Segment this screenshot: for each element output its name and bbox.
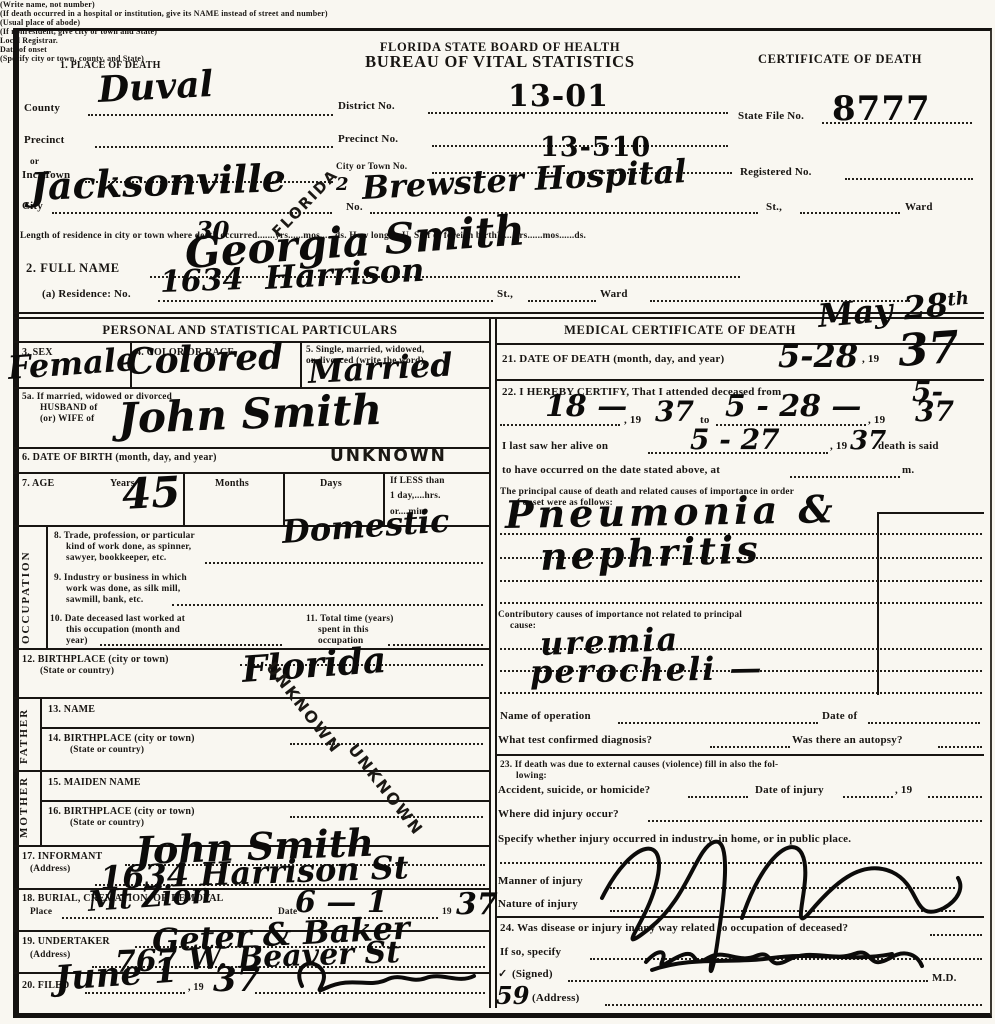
operation-label: Name of operation — [500, 710, 591, 723]
personal-section-title: PERSONAL AND STATISTICAL PARTICULARS — [14, 323, 486, 337]
father-birthplace-sub: (State or country) — [70, 745, 144, 756]
occ8-line1: 8. Trade, profession, or particular — [54, 531, 195, 542]
test-label: What test confirmed diagnosis? — [498, 734, 652, 747]
address-no-handwriting: 59 — [496, 984, 529, 1008]
age-less-2: 1 day,....hrs. — [390, 491, 441, 502]
rule — [497, 379, 984, 381]
injury-year-prefix: , 19 — [895, 784, 912, 797]
dod-year-handwriting: 37 — [896, 326, 960, 374]
certify-year-prefix-b: , 19 — [868, 414, 885, 427]
informant-address-label: (Address) — [30, 864, 70, 875]
signed-label: (Signed) — [512, 968, 553, 981]
father-vertical-label: FATHER — [18, 706, 30, 764]
filed-year-prefix: , 19 — [188, 982, 204, 994]
cell-divider — [300, 341, 302, 387]
certify-year-a-handwriting: 37 — [655, 398, 694, 426]
rule — [14, 472, 489, 474]
precinct-hint: (Write name, not number) — [0, 0, 995, 9]
occ11-line — [388, 644, 483, 646]
filed-date-handwriting: June 1 — [54, 953, 179, 995]
occurred-m-label: m. — [902, 464, 914, 477]
city-handwriting: Jacksonville — [29, 159, 286, 206]
filed-year-handwriting: 37 — [213, 963, 260, 997]
contributory-label-1: Contributory causes of importance not re… — [498, 610, 742, 621]
nature-label: Nature of injury — [498, 898, 578, 911]
lastsaw-tail: death is said — [878, 440, 939, 453]
certify-to-handwriting: 5 - 28 — — [725, 392, 861, 422]
ifso-label: If so, specify — [500, 946, 561, 959]
accident-line — [688, 796, 748, 798]
date-of-death-label: 21. DATE OF DEATH (month, day, and year) — [502, 353, 724, 366]
death-certificate-scan: FLORIDA STATE BOARD OF HEALTH BUREAU OF … — [0, 0, 995, 1024]
occ8-line — [205, 562, 483, 564]
residence-line — [158, 300, 493, 302]
color-handwriting: Colored — [125, 339, 284, 380]
occ8-line2: kind of work done, as spinner, — [66, 542, 191, 553]
occ9-line1: 9. Industry or business in which — [54, 573, 187, 584]
onset-box-top — [877, 512, 984, 514]
occ11-line2: spent in this — [318, 625, 369, 636]
lastsaw-year-handwriting: 37 — [850, 428, 886, 454]
manner-label: Manner of injury — [498, 875, 583, 888]
signed-check-mark: ✓ — [498, 968, 507, 981]
marital-handwriting: Married — [307, 348, 453, 388]
spouse-handwriting: John Smith — [117, 389, 383, 440]
full-name-label: 2. FULL NAME — [26, 261, 120, 275]
occurred-line — [790, 476, 900, 478]
accident-label: Accident, suicide, or homicide? — [498, 784, 650, 797]
residence-label: (a) Residence: No. — [42, 288, 131, 301]
ward-line — [800, 212, 900, 214]
mother-birthplace-label: 16. BIRTHPLACE (city or town) — [48, 806, 195, 818]
mother-name-label: 15. MAIDEN NAME — [48, 777, 141, 789]
hospital-no-label: No. — [346, 201, 363, 214]
dod-year-prefix: , 19 — [862, 353, 879, 366]
external-label-2: lowing: — [516, 771, 547, 782]
certify-year-b-handwriting: 37 — [915, 398, 954, 426]
state-file-value: 8777 — [832, 92, 931, 126]
sex-handwriting: Female — [7, 343, 137, 384]
occ9-line3: sawmill, bank, etc. — [66, 595, 143, 606]
hospital-hint: (If death occurred in a hospital or inst… — [0, 9, 995, 18]
lastsaw-handwriting: 5 - 27 — [690, 426, 780, 454]
residence-street-handwriting: Harrison — [264, 254, 425, 294]
burial-year-handwriting: 37 — [456, 890, 498, 920]
registrar-signature — [290, 950, 480, 1000]
rule — [40, 727, 489, 729]
father-birthplace-label: 14. BIRTHPLACE (city or town) — [48, 733, 195, 745]
occ10-line3: year) — [66, 636, 88, 647]
operation-line — [618, 722, 818, 724]
residence-ward-label: Ward — [600, 288, 628, 301]
certify-from-line — [500, 424, 620, 426]
burial-year-prefix: 19 — [442, 907, 452, 918]
injury-year-line — [928, 796, 982, 798]
birthplace-handwriting: Florida — [241, 642, 388, 688]
spouse-label-3: (or) WIFE of — [40, 414, 94, 425]
age-handwriting: 45 — [121, 471, 182, 516]
where-line — [648, 820, 982, 822]
county-handwriting: Duval — [97, 66, 214, 108]
cell-divider — [46, 525, 48, 648]
date-of-death-handwriting: 5-28 — [778, 340, 858, 372]
operation-date-line — [868, 722, 980, 724]
undertaker-label: 19. UNDERTAKER — [22, 936, 110, 948]
birthplace-sub: (State or country) — [40, 666, 114, 677]
precinct-no-label: Precinct No. — [338, 133, 398, 146]
district-no-label: District No. — [338, 100, 395, 113]
dob-label: 6. DATE OF BIRTH (month, day, and year) — [22, 452, 217, 464]
where-label: Where did injury occur? — [498, 808, 619, 821]
burial-place-label: Place — [30, 907, 52, 918]
burial-place-handwriting: Mt Zion — [87, 879, 212, 916]
cause-handwriting-2: nephritis — [539, 530, 761, 576]
rule — [14, 888, 489, 890]
lastsaw-label: I last saw her alive on — [502, 440, 608, 453]
occ9-line2: work was done, as silk mill, — [66, 584, 180, 595]
precinct-label: Precinct — [24, 134, 65, 147]
rule — [14, 770, 489, 772]
district-no-value: 13-01 — [508, 82, 609, 112]
rule — [40, 800, 489, 802]
mother-birthplace-line — [290, 816, 483, 818]
occ10-line1: 10. Date deceased last worked at — [50, 614, 185, 625]
certify-from-b-handwriting: 18 — — [545, 392, 627, 422]
dob-unknown-stamp: UNKNOWN — [330, 448, 447, 465]
city-or-town-no-handwriting: 2 — [336, 176, 349, 194]
precinct-line — [95, 146, 333, 148]
medical-section-title: MEDICAL CERTIFICATE OF DEATH — [500, 323, 860, 337]
signed-line-scrawl — [638, 928, 928, 978]
age-days-label: Days — [320, 478, 342, 490]
county-line — [88, 114, 333, 116]
test-line — [710, 746, 790, 748]
rule — [497, 754, 984, 756]
birthplace-label: 12. BIRTHPLACE (city or town) — [22, 654, 169, 666]
spouse-label-2: HUSBAND of — [40, 403, 98, 414]
mother-vertical-label: MOTHER — [18, 776, 30, 838]
bureau-title: BUREAU OF VITAL STATISTICS — [320, 53, 680, 72]
cause-handwriting-1: Pneumonia & — [505, 490, 837, 534]
injury-date-label: Date of injury — [755, 784, 824, 797]
contributory-label-2: cause: — [510, 621, 536, 632]
father-name-label: 13. NAME — [48, 704, 95, 716]
contrib-handwriting-2: perocheli — — [530, 652, 764, 688]
occurred-label: to have occurred on the date stated abov… — [502, 464, 720, 477]
age-less-1: If LESS than — [390, 476, 445, 487]
ward-label: Ward — [905, 201, 933, 214]
operation-date-label: Date of — [822, 710, 857, 723]
informant-label: 17. INFORMANT — [22, 851, 102, 863]
cause-line-4 — [500, 602, 982, 604]
occ9-line — [172, 604, 483, 606]
medical-date-superscript: th — [947, 288, 970, 311]
external-label-1: 23. If death was due to external causes … — [500, 760, 778, 771]
county-label: County — [24, 102, 60, 115]
age-months-label: Months — [215, 478, 249, 490]
cell-divider — [183, 472, 185, 525]
occ10-line — [100, 644, 282, 646]
st-label: St., — [766, 201, 782, 214]
occ8-line3: sawyer, bookkeeper, etc. — [66, 553, 166, 564]
cause-line-3 — [500, 580, 982, 582]
address-label: (Address) — [532, 992, 579, 1005]
occ10-line2: this occupation (month and — [66, 625, 180, 636]
injury-date-line — [843, 796, 893, 798]
autopsy-label: Was there an autopsy? — [792, 734, 903, 747]
occupation-vertical-label: OCCUPATION — [20, 532, 32, 644]
registered-no-label: Registered No. — [740, 166, 812, 179]
state-file-label: State File No. — [738, 110, 804, 123]
registered-no-line — [845, 178, 973, 180]
lastsaw-year-prefix: , 19 — [830, 440, 847, 453]
autopsy-line — [938, 746, 982, 748]
abode-hint: (Usual place of abode) — [0, 18, 995, 27]
residence-ward-line — [528, 300, 596, 302]
age-label: 7. AGE — [22, 478, 54, 490]
residence-st-label: St., — [497, 288, 513, 301]
mother-birthplace-sub: (State or country) — [70, 818, 144, 829]
address-line — [605, 1004, 982, 1006]
occ11-line1: 11. Total time (years) — [306, 614, 394, 625]
rule — [14, 697, 489, 699]
certificate-title: CERTIFICATE OF DEATH — [730, 52, 950, 66]
residence-no-handwriting: 1634 — [159, 265, 243, 298]
contrib-line-3 — [500, 692, 982, 694]
